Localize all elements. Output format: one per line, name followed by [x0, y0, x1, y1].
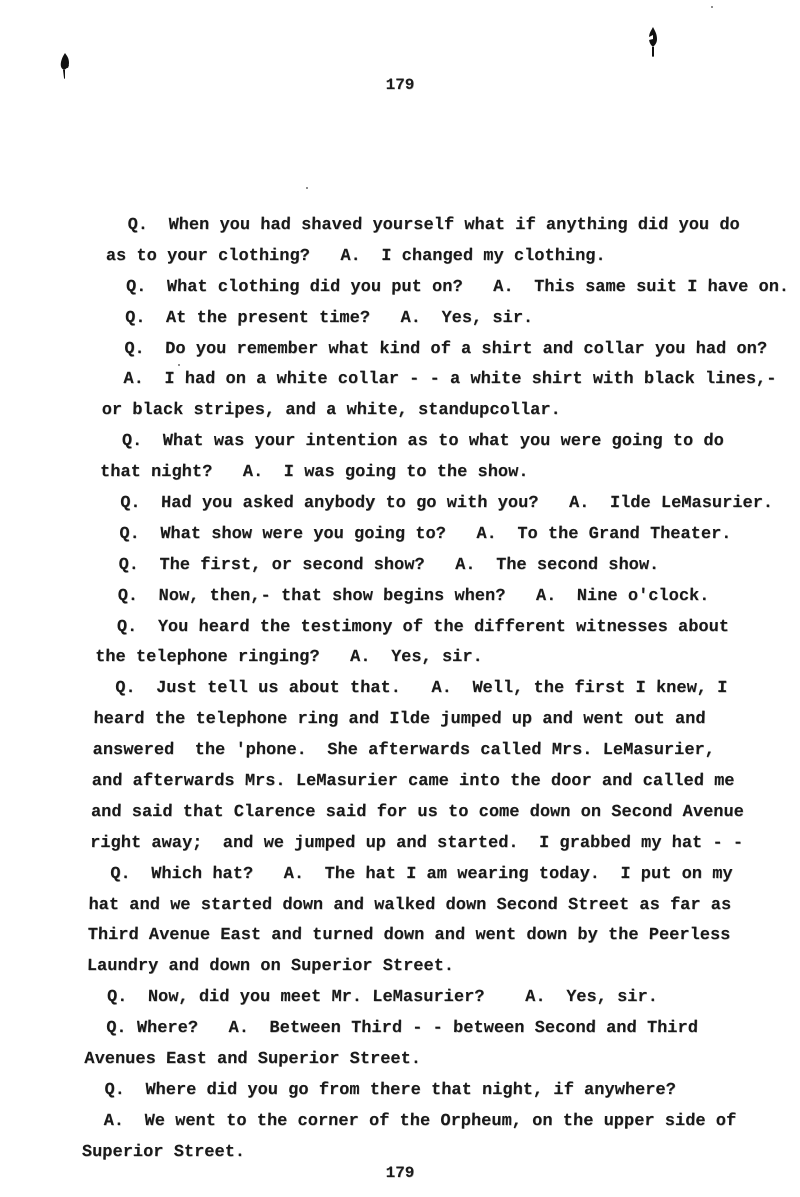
- transcript-line: Q. The first, or second show? A. The sec…: [97, 551, 782, 582]
- transcript-line: Q. Now, then,- that show begins when? A.…: [96, 582, 781, 613]
- transcript-line: Q. Had you asked anybody to go with you?…: [99, 489, 784, 520]
- document-page: 179 Q. When you had shaved yourself what…: [0, 0, 800, 1197]
- transcript-line: answered the 'phone. She afterwards call…: [92, 736, 777, 767]
- transcript-line: Q. What was your intention as to what yo…: [100, 427, 785, 458]
- transcript-line: Avenues East and Superior Street.: [84, 1045, 769, 1076]
- transcript-line: Q. Where? A. Between Third - - between S…: [85, 1014, 770, 1045]
- transcript-line: Q. Do you remember what kind of a shirt …: [103, 335, 788, 366]
- page-number-top: 179: [0, 76, 800, 94]
- transcript-line: heard the telephone ring and Ilde jumped…: [93, 705, 778, 736]
- transcript-line: Q. At the present time? A. Yes, sir.: [104, 304, 789, 335]
- transcript-line: Third Avenue East and turned down and we…: [87, 921, 772, 952]
- transcript-line: right away; and we jumped up and started…: [90, 829, 775, 860]
- transcript-line: Q. Where did you go from there that nigh…: [83, 1076, 768, 1107]
- transcript-line: Q. Which hat? A. The hat I am wearing to…: [89, 860, 774, 891]
- transcript-line: Q. What clothing did you put on? A. This…: [105, 273, 790, 304]
- transcript-line: Q. Now, did you meet Mr. LeMasurier? A. …: [86, 983, 771, 1014]
- transcript-line: as to your clothing? A. I changed my clo…: [105, 242, 790, 273]
- transcript-line: and said that Clarence said for us to co…: [90, 798, 775, 829]
- transcript-body: Q. When you had shaved yourself what if …: [81, 211, 791, 1169]
- transcript-line: Q. Just tell us about that. A. Well, the…: [94, 674, 779, 705]
- transcript-line: Q. You heard the testimony of the differ…: [95, 613, 780, 644]
- transcript-line: A. I had on a white collar - - a white s…: [102, 365, 787, 396]
- page-number-bottom: 179: [0, 1164, 800, 1182]
- scan-speck: [306, 187, 308, 189]
- transcript-line: Q. What show were you going to? A. To th…: [98, 520, 783, 551]
- transcript-line: Laundry and down on Superior Street.: [86, 952, 771, 983]
- scan-speck: [711, 6, 713, 8]
- transcript-line: or black stripes, and a white, standupco…: [101, 396, 786, 427]
- scan-speck: [178, 364, 180, 366]
- transcript-line: Q. When you had shaved yourself what if …: [106, 211, 791, 242]
- transcript-line: A. We went to the corner of the Orpheum,…: [82, 1107, 767, 1138]
- transcript-line: that night? A. I was going to the show.: [100, 458, 785, 489]
- transcript-line: the telephone ringing? A. Yes, sir.: [95, 643, 780, 674]
- transcript-line: hat and we started down and walked down …: [88, 891, 773, 922]
- ink-blot-icon: [645, 27, 661, 64]
- transcript-line: and afterwards Mrs. LeMasurier came into…: [91, 767, 776, 798]
